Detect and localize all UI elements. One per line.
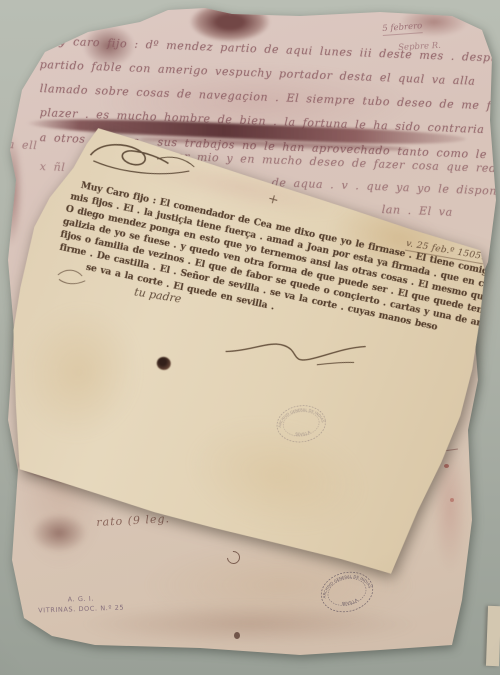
svg-text:SEVILLA: SEVILLA bbox=[340, 597, 360, 609]
cross-mark: + bbox=[224, 4, 236, 20]
adjacent-page-edge bbox=[486, 606, 500, 666]
rubric-flourish-icon bbox=[50, 8, 112, 34]
photograph-of-manuscripts: + 5 febrero Sepbre R. Muy caro fijo : dº… bbox=[0, 0, 500, 675]
archive-label: A. G. I. VITRINAS. DOC. N.º 25 bbox=[38, 593, 125, 617]
ink-speck bbox=[234, 632, 240, 639]
stamp-arc-bottom-text: SEVILLA bbox=[340, 597, 360, 609]
